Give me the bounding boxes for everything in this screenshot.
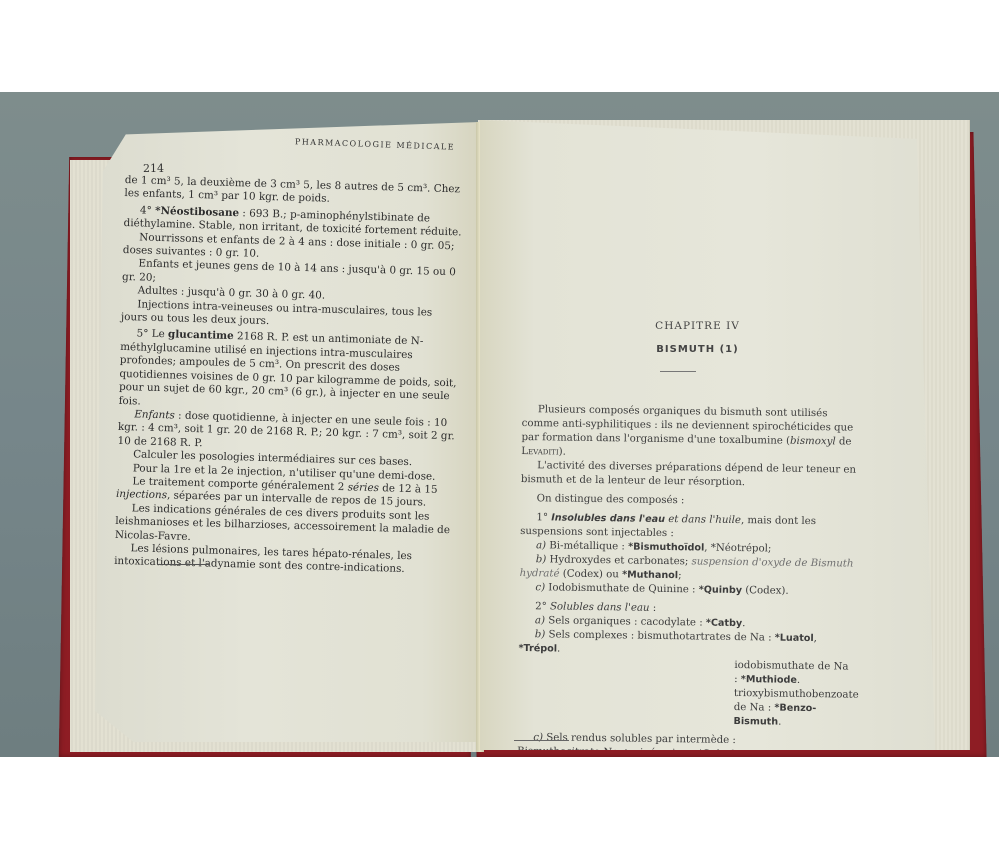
book-photo: PHARMACOLOGIE MÉDICALE 214 de 1 cm³ 5, l…: [0, 92, 999, 757]
page-number: 214: [143, 162, 164, 175]
drug-name: glucantime: [168, 329, 234, 343]
title-rule: [660, 371, 696, 372]
list-item-sub: trioxybismuthobenzoate de Na : *Benzo-Bi…: [517, 684, 854, 731]
paragraph-intro: Plusieurs composés organiques du bismuth…: [521, 403, 858, 464]
drug-name: *Néostibosane: [155, 205, 239, 219]
paragraph: On distingue des composés :: [521, 492, 857, 511]
paragraph: L'activité des diverses préparations dép…: [521, 459, 857, 492]
left-page: PHARMACOLOGIE MÉDICALE 214 de 1 cm³ 5, l…: [95, 122, 480, 742]
footnote-rule: [514, 740, 569, 741]
right-page: CHAPITRE IV BISMUTH (1) Plusieurs compos…: [480, 120, 935, 750]
chapter-title: BISMUTH (1): [470, 344, 925, 355]
left-page-body: de 1 cm³ 5, la deuxième de 3 cm³ 5, les …: [114, 174, 465, 578]
right-page-body: Plusieurs composés organiques du bismuth…: [516, 403, 858, 757]
section-end-rule: [157, 564, 209, 565]
paragraph-glucantime: 5° Le glucantime 2168 R. P. est un antim…: [118, 327, 460, 417]
running-head: PHARMACOLOGIE MÉDICALE: [245, 135, 505, 153]
chapter-number: CHAPITRE IV: [470, 320, 925, 332]
